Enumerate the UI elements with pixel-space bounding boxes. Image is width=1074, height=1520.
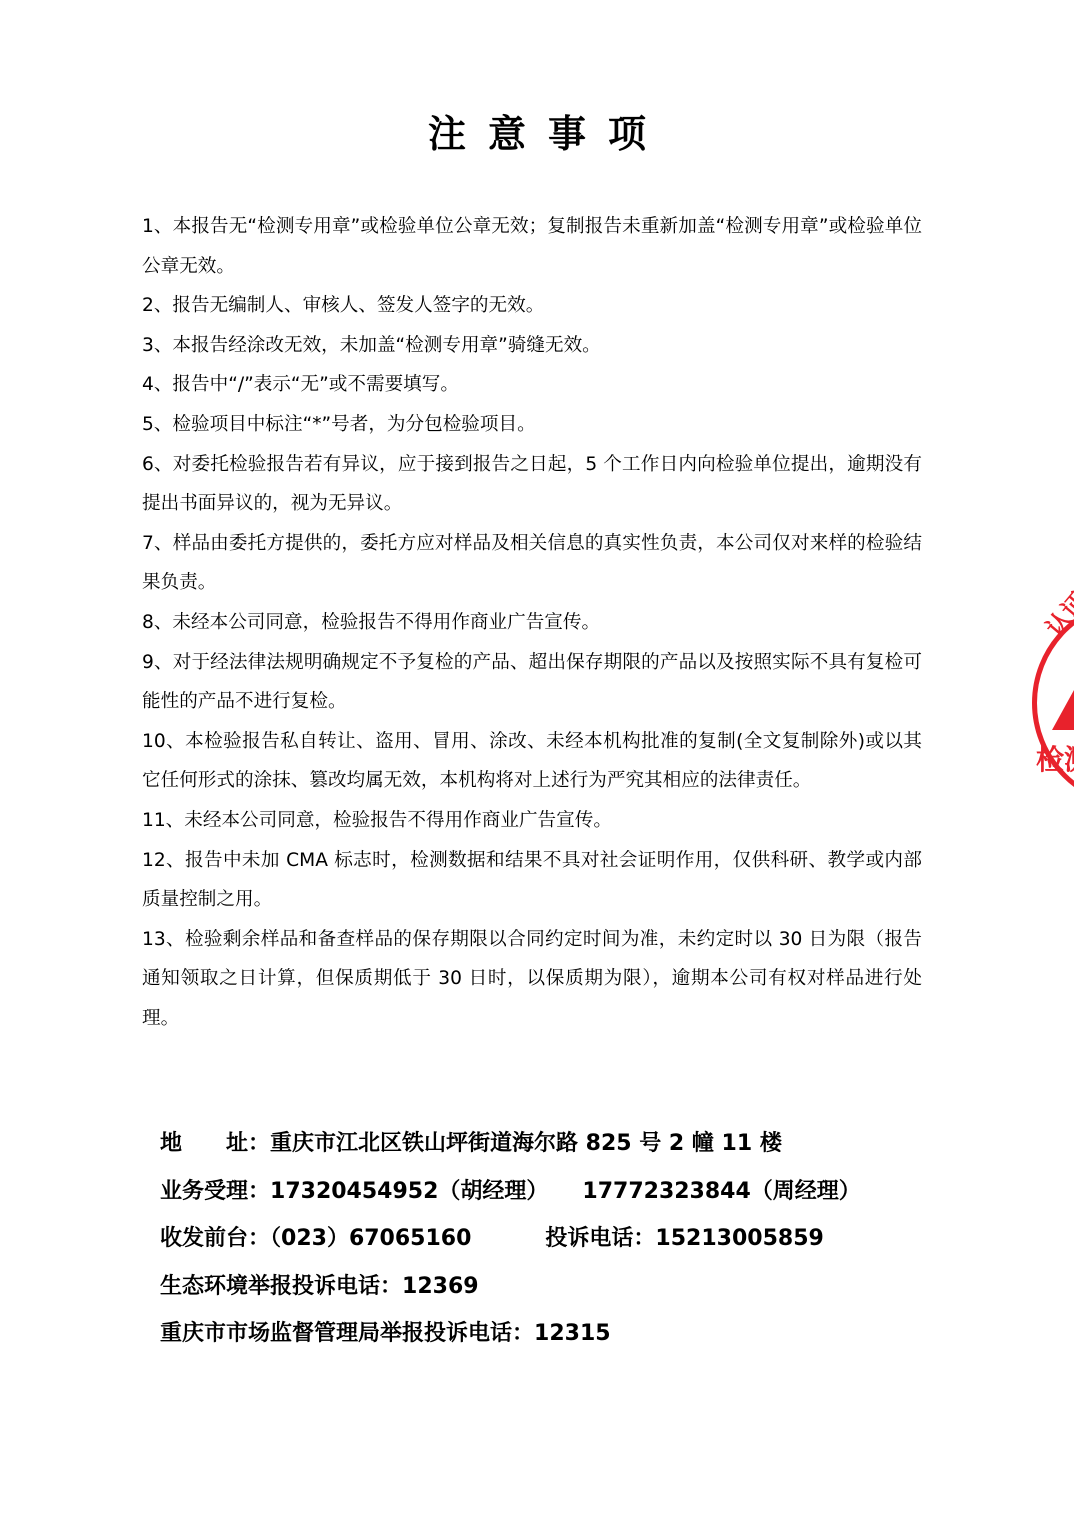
eco-hotline-value: 12369 <box>402 1274 479 1299</box>
business-phone-1: 17320454952（胡经理） <box>270 1179 548 1204</box>
complaint-phone: 15213005859 <box>655 1226 823 1251</box>
note-item: 3、本报告经涂改无效，未加盖“检测专用章”骑缝无效。 <box>142 326 922 366</box>
business-phone-2: 17772323844（周经理） <box>582 1179 860 1204</box>
notes-list: 1、本报告无“检测专用章”或检验单位公章无效；复制报告未重新加盖“检测专用章”或… <box>142 207 922 1038</box>
address-line: 地 址：重庆市江北区铁山坪街道海尔路 825 号 2 幢 11 楼 <box>160 1120 880 1168</box>
note-item: 10、本检验报告私自转让、盗用、冒用、涂改、未经本机构批准的复制(全文复制除外)… <box>142 722 922 801</box>
address-label: 地 址： <box>160 1131 270 1156</box>
eco-hotline-line: 生态环境举报投诉电话：12369 <box>160 1263 880 1311</box>
complaint-label: 投诉电话： <box>545 1226 655 1251</box>
note-item: 4、报告中“/”表示“无”或不需要填写。 <box>142 365 922 405</box>
document-page: 注意事项 1、本报告无“检测专用章”或检验单位公章无效；复制报告未重新加盖“检测… <box>0 0 1074 1520</box>
market-hotline-line: 重庆市市场监督管理局举报投诉电话：12315 <box>160 1310 880 1358</box>
market-hotline-label: 重庆市市场监督管理局举报投诉电话： <box>160 1321 534 1346</box>
note-item: 6、对委托检验报告若有异议，应于接到报告之日起，5 个工作日内向检验单位提出，逾… <box>142 445 922 524</box>
seal-star-icon <box>1052 690 1074 730</box>
reception-line: 收发前台：（023）67065160投诉电话：15213005859 <box>160 1215 880 1263</box>
note-item: 11、未经本公司同意，检验报告不得用作商业广告宣传。 <box>142 801 922 841</box>
note-item: 2、报告无编制人、审核人、签发人签字的无效。 <box>142 286 922 326</box>
note-item: 8、未经本公司同意，检验报告不得用作商业广告宣传。 <box>142 603 922 643</box>
address-value: 重庆市江北区铁山坪街道海尔路 825 号 2 幢 11 楼 <box>270 1131 782 1156</box>
note-item: 1、本报告无“检测专用章”或检验单位公章无效；复制报告未重新加盖“检测专用章”或… <box>142 207 922 286</box>
eco-hotline-label: 生态环境举报投诉电话： <box>160 1274 402 1299</box>
note-item: 7、样品由委托方提供的，委托方应对样品及相关信息的真实性负责，本公司仅对来样的检… <box>142 524 922 603</box>
seal-center-text: 检测 <box>1036 738 1074 778</box>
note-item: 12、报告中未加 CMA 标志时，检测数据和结果不具对社会证明作用，仅供科研、教… <box>142 841 922 920</box>
reception-label: 收发前台： <box>160 1226 270 1251</box>
seal-arc-text: 认证 <box>1036 583 1074 642</box>
market-hotline-value: 12315 <box>534 1321 611 1346</box>
reception-phone: （023）67065160 <box>270 1226 471 1251</box>
page-title: 注意事项 <box>0 108 1074 160</box>
business-label: 业务受理： <box>160 1179 270 1204</box>
note-item: 9、对于经法律法规明确规定不予复检的产品、超出保存期限的产品以及按照实际不具有复… <box>142 643 922 722</box>
contact-block: 地 址：重庆市江北区铁山坪街道海尔路 825 号 2 幢 11 楼 业务受理：1… <box>160 1120 880 1358</box>
business-line: 业务受理：17320454952（胡经理）17772323844（周经理） <box>160 1168 880 1216</box>
note-item: 5、检验项目中标注“*”号者，为分包检验项目。 <box>142 405 922 445</box>
note-item: 13、检验剩余样品和备查样品的保存期限以合同约定时间为准，未约定时以 30 日为… <box>142 920 922 1039</box>
